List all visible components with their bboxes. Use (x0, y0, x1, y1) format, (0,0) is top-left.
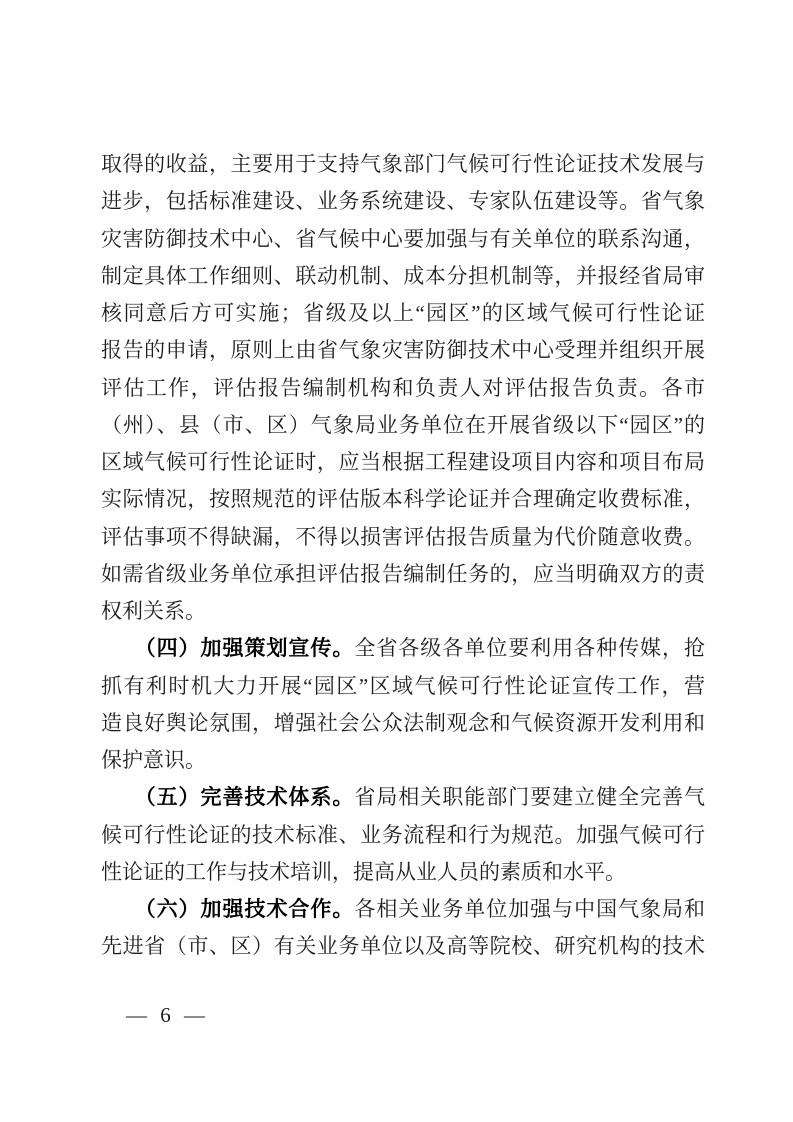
text-line: 报告的申请，原则上由省气象灾害防御技术中心受理并组织开展 (101, 332, 705, 369)
text-line: 造良好舆论氛围，增强社会公众法制观念和气候资源开发利用和 (101, 705, 705, 742)
text-line: 抓有利时机大力开展“园区”区域气候可行性论证宣传工作，营 (101, 668, 705, 705)
text-line-section-5-start: （五）完善技术体系。省局相关职能部门要建立健全完善气 (101, 779, 705, 816)
section-6-text: 各相关业务单位加强与中国气象局和 (354, 897, 705, 921)
text-line: 区域气候可行性论证时，应当根据工程建设项目内容和项目布局 (101, 444, 705, 481)
text-line-section-6-start: （六）加强技术合作。各相关业务单位加强与中国气象局和 (101, 891, 705, 928)
paragraph-end-line: 保护意识。 (101, 742, 705, 779)
paragraph-end-line: 权利关系。 (101, 593, 705, 630)
section-heading-5: （五）完善技术体系。 (135, 785, 355, 809)
text-line: 先进省（市、区）有关业务单位以及高等院校、研究机构的技术 (101, 928, 705, 965)
text-line: 进步，包括标准建设、业务系统建设、专家队伍建设等。省气象 (101, 183, 705, 220)
text-line: 候可行性论证的技术标准、业务流程和行为规范。加强气候可行 (101, 817, 705, 854)
text-line-section-4-start: （四）加强策划宣传。全省各级各单位要利用各种传媒，抢 (101, 630, 705, 667)
page-number: — 6 — (126, 1003, 206, 1027)
paragraph-end-line: 性论证的工作与技术培训，提高从业人员的素质和水平。 (101, 854, 705, 891)
section-heading-6: （六）加强技术合作。 (135, 897, 355, 921)
text-line: 制定具体工作细则、联动机制、成本分担机制等，并报经省局审 (101, 258, 705, 295)
text-line: （州）、县（市、区）气象局业务单位在开展省级以下“园区”的 (101, 407, 705, 444)
text-line: 评估工作，评估报告编制机构和负责人对评估报告负责。各市 (101, 370, 705, 407)
section-5-text: 省局相关职能部门要建立健全完善气 (354, 785, 705, 809)
document-page: 取得的收益，主要用于支持气象部门气候可行性论证技术发展与 进步，包括标准建设、业… (0, 0, 793, 1122)
body-text-block: 取得的收益，主要用于支持气象部门气候可行性论证技术发展与 进步，包括标准建设、业… (101, 146, 705, 966)
section-4-text: 全省各级各单位要利用各种传媒，抢 (354, 636, 705, 660)
text-line: 实际情况，按照规范的评估版本科学论证并合理确定收费标准， (101, 481, 705, 518)
text-line: 灾害防御技术中心、省气候中心要加强与有关单位的联系沟通， (101, 221, 705, 258)
text-line: 核同意后方可实施；省级及以上“园区”的区域气候可行性论证 (101, 295, 705, 332)
section-heading-4: （四）加强策划宣传。 (135, 636, 355, 660)
text-line: 取得的收益，主要用于支持气象部门气候可行性论证技术发展与 (101, 146, 705, 183)
text-line: 如需省级业务单位承担评估报告编制任务的，应当明确双方的责 (101, 556, 705, 593)
text-line: 评估事项不得缺漏，不得以损害评估报告质量为代价随意收费。 (101, 519, 705, 556)
